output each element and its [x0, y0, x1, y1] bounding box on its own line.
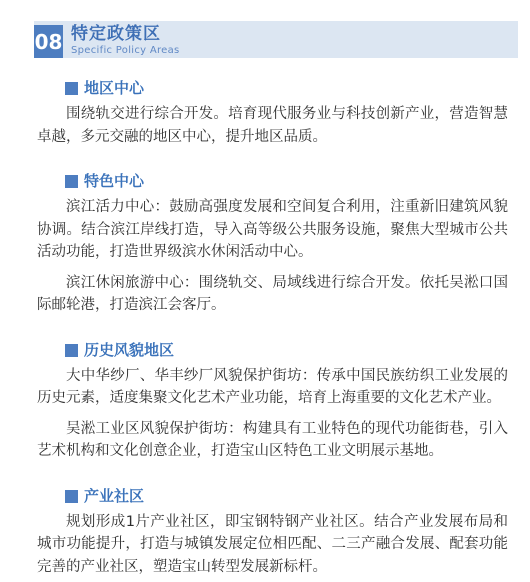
page-title: 特定政策区 [71, 26, 180, 43]
header-band: 08 特定政策区 Specific Policy Areas [34, 21, 518, 58]
body-paragraph: 规划形成1片产业社区，即宝钢特钢产业社区。结合产业发展布局和城市功能提升，打造与… [37, 511, 508, 579]
document-page: 08 特定政策区 Specific Policy Areas 地区中心 围绕轨交… [0, 0, 530, 582]
section-industrial-community: 产业社区 规划形成1片产业社区，即宝钢特钢产业社区。结合产业发展布局和城市功能提… [37, 489, 508, 579]
header-titles: 特定政策区 Specific Policy Areas [71, 26, 180, 58]
body-paragraph: 围绕轨交进行综合开发。培育现代服务业与科技创新产业，营造智慧卓越，多元交融的地区… [37, 103, 508, 148]
body-paragraph: 吴淞工业区风貌保护街坊：构建具有工业特色的现代功能街巷，引入艺术机构和文化创意企… [37, 418, 508, 463]
section-heading: 特色中心 [65, 174, 508, 189]
section-heading-label: 历史风貌地区 [84, 343, 174, 358]
section-historic-areas: 历史风貌地区 大中华纱厂、华丰纱厂风貌保护街坊：传承中国民族纺织工业发展的历史元… [37, 343, 508, 463]
bullet-square-icon [65, 82, 78, 95]
bullet-square-icon [65, 490, 78, 503]
section-heading: 产业社区 [65, 489, 508, 504]
section-heading: 地区中心 [65, 81, 508, 96]
section-heading-label: 地区中心 [84, 81, 144, 96]
section-heading-label: 产业社区 [84, 489, 144, 504]
section-heading: 历史风貌地区 [65, 343, 508, 358]
body-paragraph: 大中华纱厂、华丰纱厂风貌保护街坊：传承中国民族纺织工业发展的历史元素，适度集聚文… [37, 365, 508, 410]
page-subtitle: Specific Policy Areas [71, 46, 180, 56]
body-paragraph: 滨江活力中心：鼓励高强度发展和空间复合利用，注重新旧建筑风貌协调。结合滨江岸线打… [37, 196, 508, 264]
section-number: 08 [35, 30, 63, 54]
bullet-square-icon [65, 344, 78, 357]
body-paragraph: 滨江休闲旅游中心：围绕轨交、局域线进行综合开发。依托吴淞口国际邮轮港，打造滨江会… [37, 272, 508, 317]
section-special-centers: 特色中心 滨江活力中心：鼓励高强度发展和空间复合利用，注重新旧建筑风貌协调。结合… [37, 174, 508, 317]
section-number-badge: 08 [34, 25, 63, 58]
section-heading-label: 特色中心 [84, 174, 144, 189]
bullet-square-icon [65, 175, 78, 188]
content-area: 地区中心 围绕轨交进行综合开发。培育现代服务业与科技创新产业，营造智慧卓越，多元… [0, 81, 530, 578]
section-district-center: 地区中心 围绕轨交进行综合开发。培育现代服务业与科技创新产业，营造智慧卓越，多元… [37, 81, 508, 148]
